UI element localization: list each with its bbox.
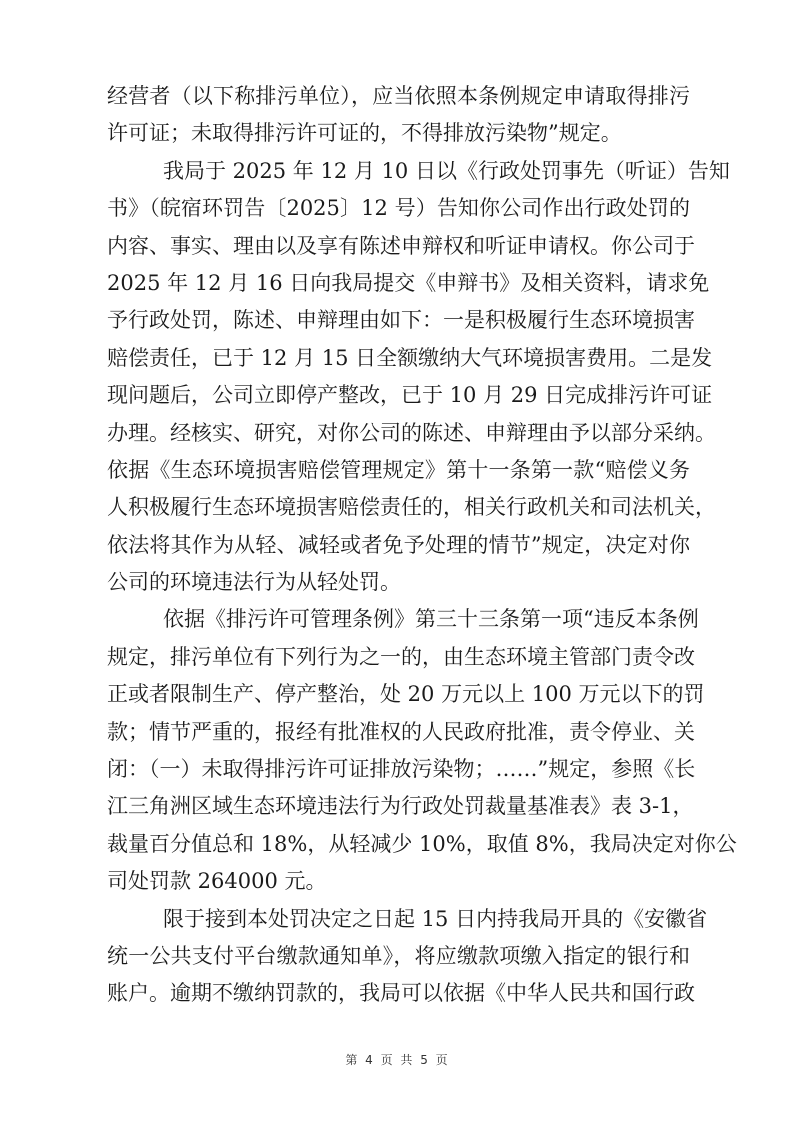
text-line: 许可证；未取得排污许可证的，不得排放污染物”规定。 xyxy=(107,115,690,152)
text-line: 正或者限制生产、停产整治，处 20 万元以上 100 万元以下的罚 xyxy=(107,676,690,713)
text-line: 江三角洲区域生态环境违法行为行政处罚裁量基准表》表 3-1， xyxy=(107,788,690,825)
text-line: 2025 年 12 月 16 日向我局提交《申辩书》及相关资料，请求免 xyxy=(107,265,690,302)
text-line: 经营者（以下称排污单位），应当依照本条例规定申请取得排污 xyxy=(107,78,690,115)
text-line: 予行政处罚，陈述、申辩理由如下：一是积极履行生态环境损害 xyxy=(107,302,690,339)
text-line: 规定，排污单位有下列行为之一的，由生态环境主管部门责令改 xyxy=(107,639,690,676)
text-line: 依据《生态环境损害赔偿管理规定》第十一条第一款“赔偿义务 xyxy=(107,452,690,489)
text-line: 统一公共支付平台缴款通知单》，将应缴款项缴入指定的银行和 xyxy=(107,938,690,975)
text-line: 现问题后，公司立即停产整改，已于 10 月 29 日完成排污许可证 xyxy=(107,377,690,414)
text-line: 依据《排污许可管理条例》第三十三条第一项“违反本条例 xyxy=(107,601,690,638)
text-line: 款；情节严重的，报经有批准权的人民政府批准，责令停业、关 xyxy=(107,714,690,751)
document-page: 经营者（以下称排污单位），应当依照本条例规定申请取得排污 许可证；未取得排污许可… xyxy=(0,0,793,1122)
text-line: 账户。逾期不缴纳罚款的，我局可以依据《中华人民共和国行政 xyxy=(107,975,690,1012)
text-line: 赔偿责任，已于 12 月 15 日全额缴纳大气环境损害费用。二是发 xyxy=(107,340,690,377)
text-line: 限于接到本处罚决定之日起 15 日内持我局开具的《安徽省 xyxy=(107,901,690,938)
text-line: 公司的环境违法行为从轻处罚。 xyxy=(107,564,690,601)
page-number-footer: 第 4 页 共 5 页 xyxy=(0,1051,793,1068)
text-line: 人积极履行生态环境损害赔偿责任的，相关行政机关和司法机关， xyxy=(107,489,690,526)
text-line: 内容、事实、理由以及享有陈述申辩权和听证申请权。你公司于 xyxy=(107,228,690,265)
text-line: 裁量百分值总和 18%，从轻减少 10%，取值 8%，我局决定对你公 xyxy=(107,826,690,863)
document-body: 经营者（以下称排污单位），应当依照本条例规定申请取得排污 许可证；未取得排污许可… xyxy=(107,78,690,1013)
text-line: 我局于 2025 年 12 月 10 日以《行政处罚事先（听证）告知 xyxy=(107,153,690,190)
text-line: 闭：（一）未取得排污许可证排放污染物；……”规定，参照《长 xyxy=(107,751,690,788)
text-line: 依法将其作为从轻、减轻或者免予处理的情节”规定，决定对你 xyxy=(107,527,690,564)
text-line: 司处罚款 264000 元。 xyxy=(107,863,690,900)
text-line: 书》（皖宿环罚告〔2025〕12 号）告知你公司作出行政处罚的 xyxy=(107,190,690,227)
text-line: 办理。经核实、研究，对你公司的陈述、申辩理由予以部分采纳。 xyxy=(107,415,690,452)
